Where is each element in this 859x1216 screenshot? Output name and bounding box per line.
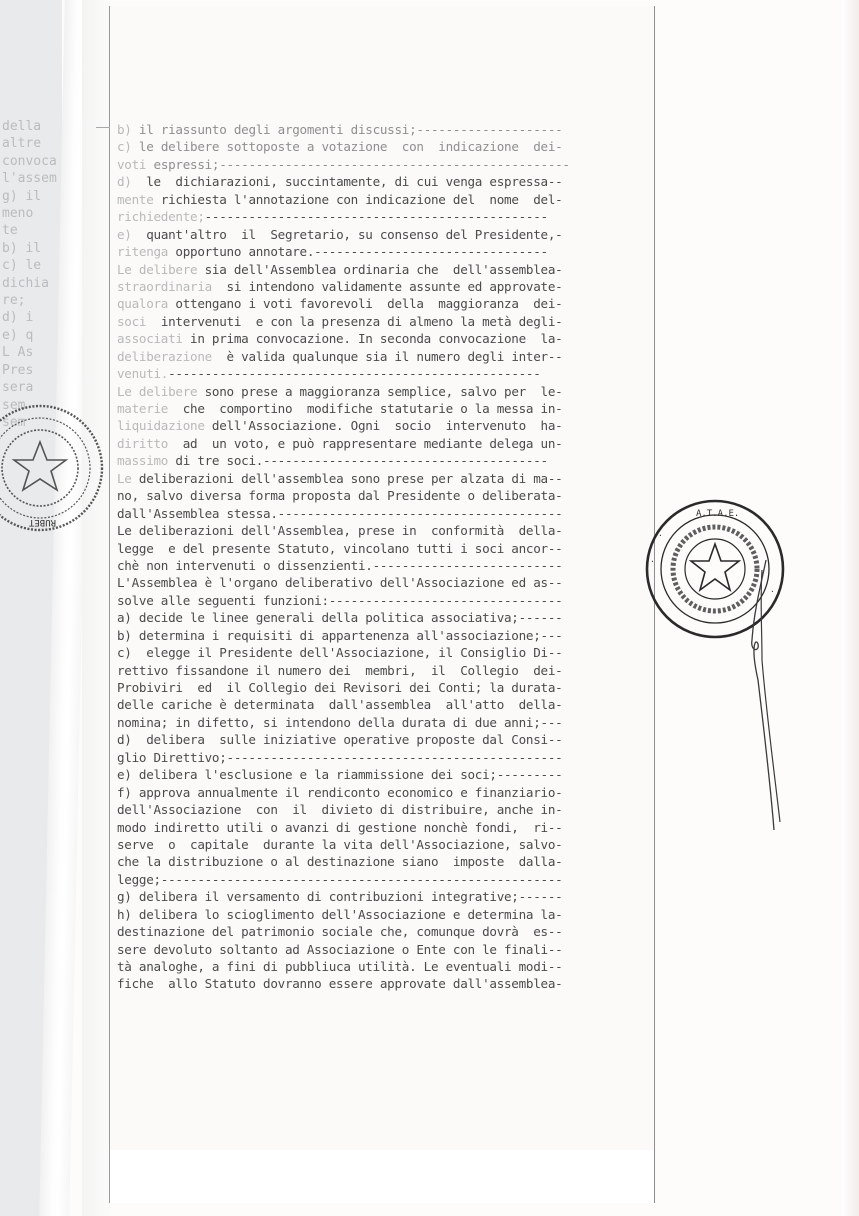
text-line: Le delibere sia dell'Assemblea ordinaria… [117,261,657,278]
text-line-content: h) delibera lo scioglimento dell'Associa… [117,907,562,922]
text-line-content: è valida qualunque sia il numero degli i… [212,349,563,364]
text-line: deliberazione è valida qualunque sia il … [117,348,657,365]
text-line: Le deliberazioni dell'Assemblea, prese i… [117,522,657,539]
text-line: f) approva annualmente il rendiconto eco… [117,784,657,801]
text-line-content: chè non intervenuti o dissenzienti.-----… [117,558,562,573]
text-line-content: c) elegge il Presidente dell'Associazion… [117,645,562,660]
text-line-faded-start: c) [117,139,132,154]
text-line: materie che comportino modifiche statuta… [117,400,657,417]
text-line-faded-start: venuti. [117,366,168,381]
text-line: c) elegge il Presidente dell'Associazion… [117,644,657,661]
text-line-faded-start: richiedente; [117,209,205,224]
text-line-content: rettivo fissandone il numero dei membri,… [117,663,562,678]
stamp-left-ring-text: RUBET [28,517,56,527]
text-line: modo indiretto utili o avanzi di gestion… [117,819,657,836]
text-line-faded-start: qualora [117,296,168,311]
text-line-faded-start: straordinaria [117,279,212,294]
text-line-content: che comportino modifiche statutarie o la… [168,401,562,416]
text-line: L'Assemblea è l'organo deliberativo dell… [117,574,657,591]
text-line: fiche allo Statuto dovranno essere appro… [117,975,657,992]
text-line-content: b) determina i requisiti di appartenenza… [117,628,562,643]
text-line-content: dall'Assemblea stessa.------------------… [117,506,562,521]
text-line-faded-start: b) [117,122,132,137]
text-line-content: dell'Associazione. Ogni socio intervenut… [205,418,563,433]
text-line-faded-start: d) [117,174,132,189]
text-line-faded-start: soci [117,314,146,329]
text-line-content: destinazione del patrimonio sociale che,… [117,924,562,939]
text-line-content: sere devoluto soltanto ad Associazione o… [117,942,562,957]
svg-text:·: · [650,557,655,566]
text-line-content: sia dell'Assemblea ordinaria che dell'as… [197,262,562,277]
text-line-faded-start: massimo [117,453,168,468]
text-line: dall'Assemblea stessa.------------------… [117,505,657,522]
text-line: straordinaria si intendono validamente a… [117,278,657,295]
text-line-content: glio Direttivo;-------------------------… [117,750,562,765]
text-line-content: ----------------------------------------… [168,366,540,381]
text-line-content: d) delibera sulle iniziative operative p… [117,732,562,747]
text-line: c) le delibere sottoposte a votazione co… [117,138,657,155]
text-frame-footer-area [110,1150,654,1203]
text-line-content: e) delibera l'esclusione e la riammissio… [117,767,562,782]
text-line: e) delibera l'esclusione e la riammissio… [117,766,657,783]
text-line: massimo di tre soci.--------------------… [117,452,657,469]
text-line: a) decide le linee generali della politi… [117,609,657,626]
text-line-faded-start: Le delibere [117,384,197,399]
text-line-content: che la distribuzione o al destinazione s… [117,854,562,869]
text-line-faded-start: Le delibere [117,262,197,277]
text-line-content: di tre soci.----------------------------… [168,453,548,468]
text-line-faded-start: associati [117,331,183,346]
text-line-faded-start: mente [117,192,154,207]
text-line: che la distribuzione o al destinazione s… [117,853,657,870]
text-line: qualora ottengano i voti favorevoli dell… [117,295,657,312]
text-line-content: ottengano i voti favorevoli della maggio… [168,296,562,311]
previous-page-text: della altre convoca l'assem g) il meno t… [2,118,57,431]
text-line-faded-start: deliberazione [117,349,212,364]
text-line-content: si intendono validamente assunte ed appr… [212,279,563,294]
text-line: nomina; in difetto, si intendono della d… [117,714,657,731]
text-line-content: solve alle seguenti funzioni:-----------… [117,593,562,608]
text-line-faded-start: liquidazione [117,418,205,433]
text-line: b) determina i requisiti di appartenenza… [117,627,657,644]
text-line-faded-start: voti [117,157,146,172]
text-line-content: legge;----------------------------------… [117,872,562,887]
text-line-content: quant'altro il Segretario, su consenso d… [132,227,563,242]
text-line-content: il riassunto degli argomenti discussi;--… [132,122,563,137]
text-line-content: legge e del presente Statuto, vincolano … [117,541,562,556]
text-line-faded-start: ritenga [117,244,168,259]
text-line-content: deliberazioni dell'assemblea sono prese … [132,471,563,486]
text-line: sere devoluto soltanto ad Associazione o… [117,941,657,958]
text-line-content: Probiviri ed il Collegio dei Revisori de… [117,680,562,695]
text-line: serve o capitale durante la vita dell'As… [117,836,657,853]
text-line-content: tà analoghe, a fini di pubbliuca utilità… [117,959,562,974]
margin-tick-mark [96,127,110,128]
text-line: associati in prima convocazione. In seco… [117,330,657,347]
text-line-content: modo indiretto utili o avanzi di gestion… [117,820,562,835]
text-line-content: ad un voto, e può rappresentare mediante… [168,436,562,451]
text-line: chè non intervenuti o dissenzienti.-----… [117,557,657,574]
text-line: delle cariche è determinata dall'assembl… [117,696,657,713]
text-line: no, salvo diversa forma proposta dal Pre… [117,487,657,504]
text-line: dell'Associazione con il divieto di dist… [117,801,657,818]
text-line-content: le dichiarazioni, succintamente, di cui … [132,174,563,189]
text-line: Le delibere sono prese a maggioranza sem… [117,383,657,400]
text-line-faded-start: e) [117,227,132,242]
text-line: soci intervenuti e con la presenza di al… [117,313,657,330]
page-fold-edge [82,0,110,1216]
text-line-content: espressi;-------------------------------… [146,157,570,172]
text-line: e) quant'altro il Segretario, su consens… [117,226,657,243]
statute-text-body: b) il riassunto degli argomenti discussi… [117,121,657,993]
text-line: liquidazione dell'Associazione. Ogni soc… [117,417,657,434]
text-line-faded-start: materie [117,401,168,416]
scan-right-edge [842,0,859,1216]
text-line-content: le delibere sottoposte a votazione con i… [132,139,563,154]
text-line-content: Le deliberazioni dell'Assemblea, prese i… [117,523,562,538]
text-line-content: delle cariche è determinata dall'assembl… [117,697,562,712]
text-line: voti espressi;--------------------------… [117,156,657,173]
text-line-faded-start: Le [117,471,132,486]
text-line: venuti.---------------------------------… [117,365,657,382]
text-line-content: f) approva annualmente il rendiconto eco… [117,785,562,800]
stamp-right-ring-text: A.T.A.E. [696,509,739,519]
text-line: legge e del presente Statuto, vincolano … [117,540,657,557]
text-line: mente richiesta l'annotazione con indica… [117,191,657,208]
text-line-content: L'Assemblea è l'organo deliberativo dell… [117,575,562,590]
text-line-content: sono prese a maggioranza semplice, salvo… [197,384,562,399]
text-line: g) delibera il versamento di contribuzio… [117,888,657,905]
text-line: solve alle seguenti funzioni:-----------… [117,592,657,609]
scanned-document-page: della altre convoca l'assem g) il meno t… [0,0,859,1216]
handwritten-signature-icon [740,560,800,840]
text-line-content: no, salvo diversa forma proposta dal Pre… [117,488,562,503]
official-seal-star-icon: RUBET [0,400,108,536]
text-line: d) le dichiarazioni, succintamente, di c… [117,173,657,190]
text-line: richiedente;----------------------------… [117,208,657,225]
text-line: d) delibera sulle iniziative operative p… [117,731,657,748]
text-line: glio Direttivo;-------------------------… [117,749,657,766]
text-line-content: in prima convocazione. In seconda convoc… [183,331,563,346]
text-line: rettivo fissandone il numero dei membri,… [117,662,657,679]
text-line: h) delibera lo scioglimento dell'Associa… [117,906,657,923]
text-line: ritenga opportuno annotare.-------------… [117,243,657,260]
text-line: legge;----------------------------------… [117,871,657,888]
text-line: tà analoghe, a fini di pubbliuca utilità… [117,958,657,975]
text-line: Probiviri ed il Collegio dei Revisori de… [117,679,657,696]
text-line: destinazione del patrimonio sociale che,… [117,923,657,940]
text-line-content: a) decide le linee generali della politi… [117,610,562,625]
text-line-content: richiesta l'annotazione con indicazione … [154,192,563,207]
text-line-content: dell'Associazione con il divieto di dist… [117,802,562,817]
text-line-content: g) delibera il versamento di contribuzio… [117,889,562,904]
text-line: b) il riassunto degli argomenti discussi… [117,121,657,138]
text-line-faded-start: diritto [117,436,168,451]
text-line-content: nomina; in difetto, si intendono della d… [117,715,562,730]
text-line: Le deliberazioni dell'assemblea sono pre… [117,470,657,487]
text-line: diritto ad un voto, e può rappresentare … [117,435,657,452]
text-line-content: opportuno annotare.---------------------… [168,244,548,259]
svg-text:·: · [658,531,663,540]
text-line-content: intervenuti e con la presenza di almeno … [146,314,562,329]
text-line-content: serve o capitale durante la vita dell'As… [117,837,562,852]
text-line-content: ----------------------------------------… [205,209,548,224]
text-line-content: fiche allo Statuto dovranno essere appro… [117,976,562,991]
